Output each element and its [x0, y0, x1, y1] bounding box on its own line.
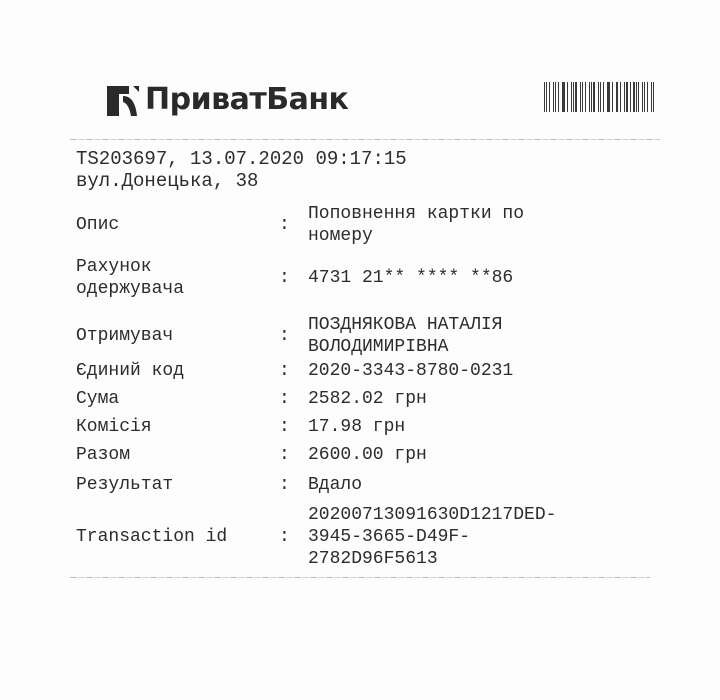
field-value: 20200713091630D1217DED- 3945-3665-D49F- … [308, 504, 556, 570]
field-separator: : [279, 474, 290, 496]
top-divider [70, 139, 660, 140]
field-value: 2600.00 грн [308, 444, 427, 466]
field-label: Рахунок одержувача [76, 256, 184, 300]
field-row: Сума:2582.02 грн [76, 388, 676, 410]
field-separator: : [279, 214, 290, 236]
barcode-icon [544, 82, 656, 112]
receipt-page: ПриватБанк TS203697, 13.07.2020 09:17:15… [0, 0, 720, 700]
field-row: Разом:2600.00 грн [76, 444, 676, 466]
field-label: Разом [76, 444, 130, 466]
field-separator: : [279, 526, 290, 548]
field-label: Результат [76, 474, 173, 496]
terminal-address: вул.Донецька, 38 [76, 170, 258, 192]
field-label: Transaction id [76, 526, 227, 548]
field-label: Отримувач [76, 325, 173, 347]
field-label: Сума [76, 388, 119, 410]
privatbank-logo-icon [105, 82, 141, 118]
field-row: Рахунок одержувача:4731 21** **** **86 [76, 256, 676, 300]
field-row: Отримувач:ПОЗДНЯКОВА НАТАЛІЯ ВОЛОДИМИРІВ… [76, 314, 676, 358]
field-value: 17.98 грн [308, 416, 405, 438]
field-separator: : [279, 416, 290, 438]
field-row: Transaction id:20200713091630D1217DED- 3… [76, 504, 676, 570]
field-separator: : [279, 444, 290, 466]
bottom-divider [70, 577, 650, 578]
field-separator: : [279, 267, 290, 289]
field-value: ПОЗДНЯКОВА НАТАЛІЯ ВОЛОДИМИРІВНА [308, 314, 502, 358]
field-row: Опис:Поповнення картки по номеру [76, 203, 676, 247]
field-value: 2020-3343-8780-0231 [308, 360, 513, 382]
field-value: 2582.02 грн [308, 388, 427, 410]
field-separator: : [279, 325, 290, 347]
field-separator: : [279, 360, 290, 382]
field-label: Комісія [76, 416, 152, 438]
field-value: Вдало [308, 474, 362, 496]
brand-logo: ПриватБанк [105, 79, 348, 121]
field-row: Комісія:17.98 грн [76, 416, 676, 438]
field-label: Єдиний код [76, 360, 184, 382]
field-label: Опис [76, 214, 119, 236]
field-row: Результат:Вдало [76, 474, 676, 496]
field-separator: : [279, 388, 290, 410]
field-row: Єдиний код:2020-3343-8780-0231 [76, 360, 676, 382]
brand-name: ПриватБанк [145, 82, 348, 118]
terminal-datetime: TS203697, 13.07.2020 09:17:15 [76, 148, 407, 170]
field-value: Поповнення картки по номеру [308, 203, 524, 247]
field-value: 4731 21** **** **86 [308, 267, 513, 289]
